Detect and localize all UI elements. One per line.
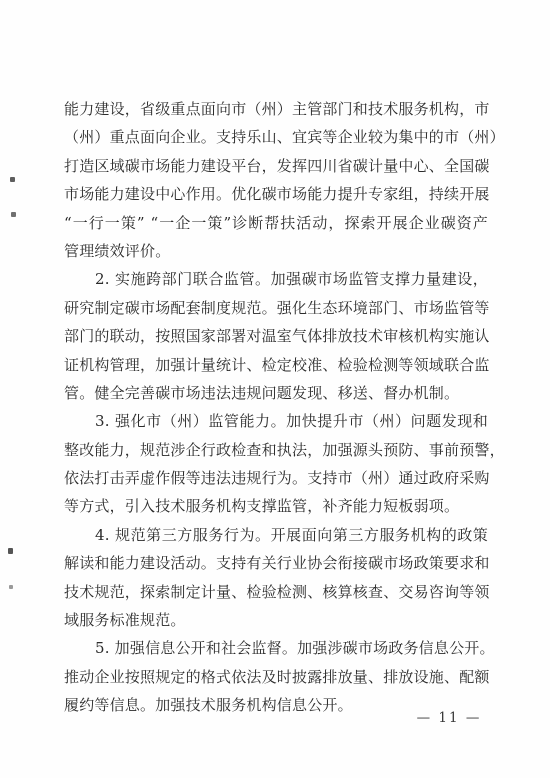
- text-line: 4. 规范第三方服务行为。开展面向第三方服务机构的政策: [64, 521, 488, 549]
- text-line: 研究制定碳市场配套制度规范。强化生态环境部门、市场监管等: [64, 294, 488, 322]
- text-line: 管理绩效评价。: [64, 237, 488, 265]
- text-line: 打造区域碳市场能力建设平台，发挥四川省碳计量中心、全国碳: [64, 152, 488, 180]
- text-line: 证机构管理，加强计量统计、检定校准、检验检测等领域联合监: [64, 351, 488, 379]
- text-line: 5. 加强信息公开和社会监督。加强涉碳市场政务信息公开。: [64, 634, 488, 662]
- text-line: 推动企业按照规定的格式依法及时披露排放量、排放设施、配额: [64, 663, 488, 691]
- text-block: 能力建设，省级重点面向市（州）主管部门和技术服务机构，市（州）重点面向企业。支持…: [64, 95, 488, 720]
- page-number: — 11 —: [410, 710, 488, 726]
- scan-mark: [11, 212, 16, 217]
- scan-mark: [10, 177, 15, 182]
- text-line: （州）重点面向企业。支持乐山、宜宾等企业较为集中的市（州）: [64, 123, 488, 151]
- text-line: 管。健全完善碳市场违法违规问题发现、移送、督办机制。: [64, 379, 488, 407]
- text-line: 技术规范，探索制定计量、检验检测、核算核查、交易咨询等领: [64, 578, 488, 606]
- text-line: 等方式，引入技术服务机构支撑监管，补齐能力短板弱项。: [64, 492, 488, 520]
- document-page: 能力建设，省级重点面向市（州）主管部门和技术服务机构，市（州）重点面向企业。支持…: [0, 0, 550, 778]
- text-line: 能力建设，省级重点面向市（州）主管部门和技术服务机构，市: [64, 95, 488, 123]
- text-line: 整改能力，规范涉企行政检查和执法，加强源头预防、事前预警，: [64, 436, 488, 464]
- text-line: 域服务标准规范。: [64, 606, 488, 634]
- text-line: 3. 强化市（州）监管能力。加快提升市（州）问题发现和: [64, 407, 488, 435]
- scan-mark: [8, 548, 13, 554]
- text-line: 解读和能力建设活动。支持有关行业协会衔接碳市场政策要求和: [64, 549, 488, 577]
- text-line: 市场能力建设中心作用。优化碳市场能力提升专家组，持续开展: [64, 180, 488, 208]
- text-line: 2. 实施跨部门联合监管。加强碳市场监管支撑力量建设，: [64, 265, 488, 293]
- text-line: “一行一策” “一企一策”诊断帮扶活动，探索开展企业碳资产: [64, 209, 488, 237]
- scan-mark: [9, 585, 13, 589]
- text-line: 依法打击弄虚作假等违法违规行为。支持市（州）通过政府采购: [64, 464, 488, 492]
- text-line: 部门的联动，按照国家部署对温室气体排放技术审核机构实施认: [64, 322, 488, 350]
